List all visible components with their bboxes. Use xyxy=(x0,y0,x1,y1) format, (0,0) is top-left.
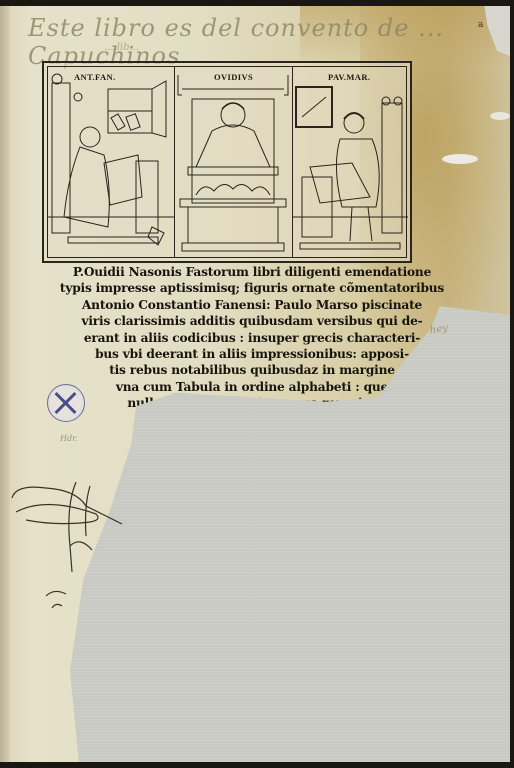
scholar-reading-icon xyxy=(292,67,408,257)
library-stamp-icon xyxy=(47,384,85,422)
ovid-portrait-icon xyxy=(174,67,292,257)
woodcut-illustration: ANT.FAN. xyxy=(42,61,412,263)
title-line: Antonio Constantio Fanensi: Paulo Marso … xyxy=(42,297,462,313)
margin-small-note: Hdr. xyxy=(60,434,78,443)
title-line: P.Ouidii Nasonis Fastorum libri diligent… xyxy=(42,264,462,280)
panel-label-antfan: ANT.FAN. xyxy=(74,72,116,82)
woodcut-panel-left: ANT.FAN. xyxy=(48,67,175,257)
paper-hole xyxy=(442,154,478,164)
woodcut-panel-center: OVIDIVS xyxy=(174,67,293,257)
panel-label-pavmar: PAV.MAR. xyxy=(328,72,370,82)
title-line: bus vbi deerant in aliis impressionibus:… xyxy=(42,346,462,362)
signature-mark: a xyxy=(478,20,483,30)
panel-label-ovidivs: OVIDIVS xyxy=(214,72,253,82)
provenance-subnote: ... lib... xyxy=(104,42,139,53)
title-line: viris clarissimis additis quibusdam vers… xyxy=(42,313,462,329)
handwritten-flourish-icon xyxy=(6,476,126,616)
title-line: typis impresse aptissimisq; figuris orna… xyxy=(42,280,462,296)
woodcut-frame: ANT.FAN. xyxy=(47,66,407,258)
title-line: erant in aliis codicibus : insuper greci… xyxy=(42,330,462,346)
scholar-writing-icon xyxy=(48,67,174,257)
binding-gutter xyxy=(0,6,10,762)
paper-hole xyxy=(490,112,510,120)
woodcut-panel-right: PAV.MAR. xyxy=(292,67,408,257)
document-page: Este libro es del convento de ... Capuch… xyxy=(0,6,510,762)
